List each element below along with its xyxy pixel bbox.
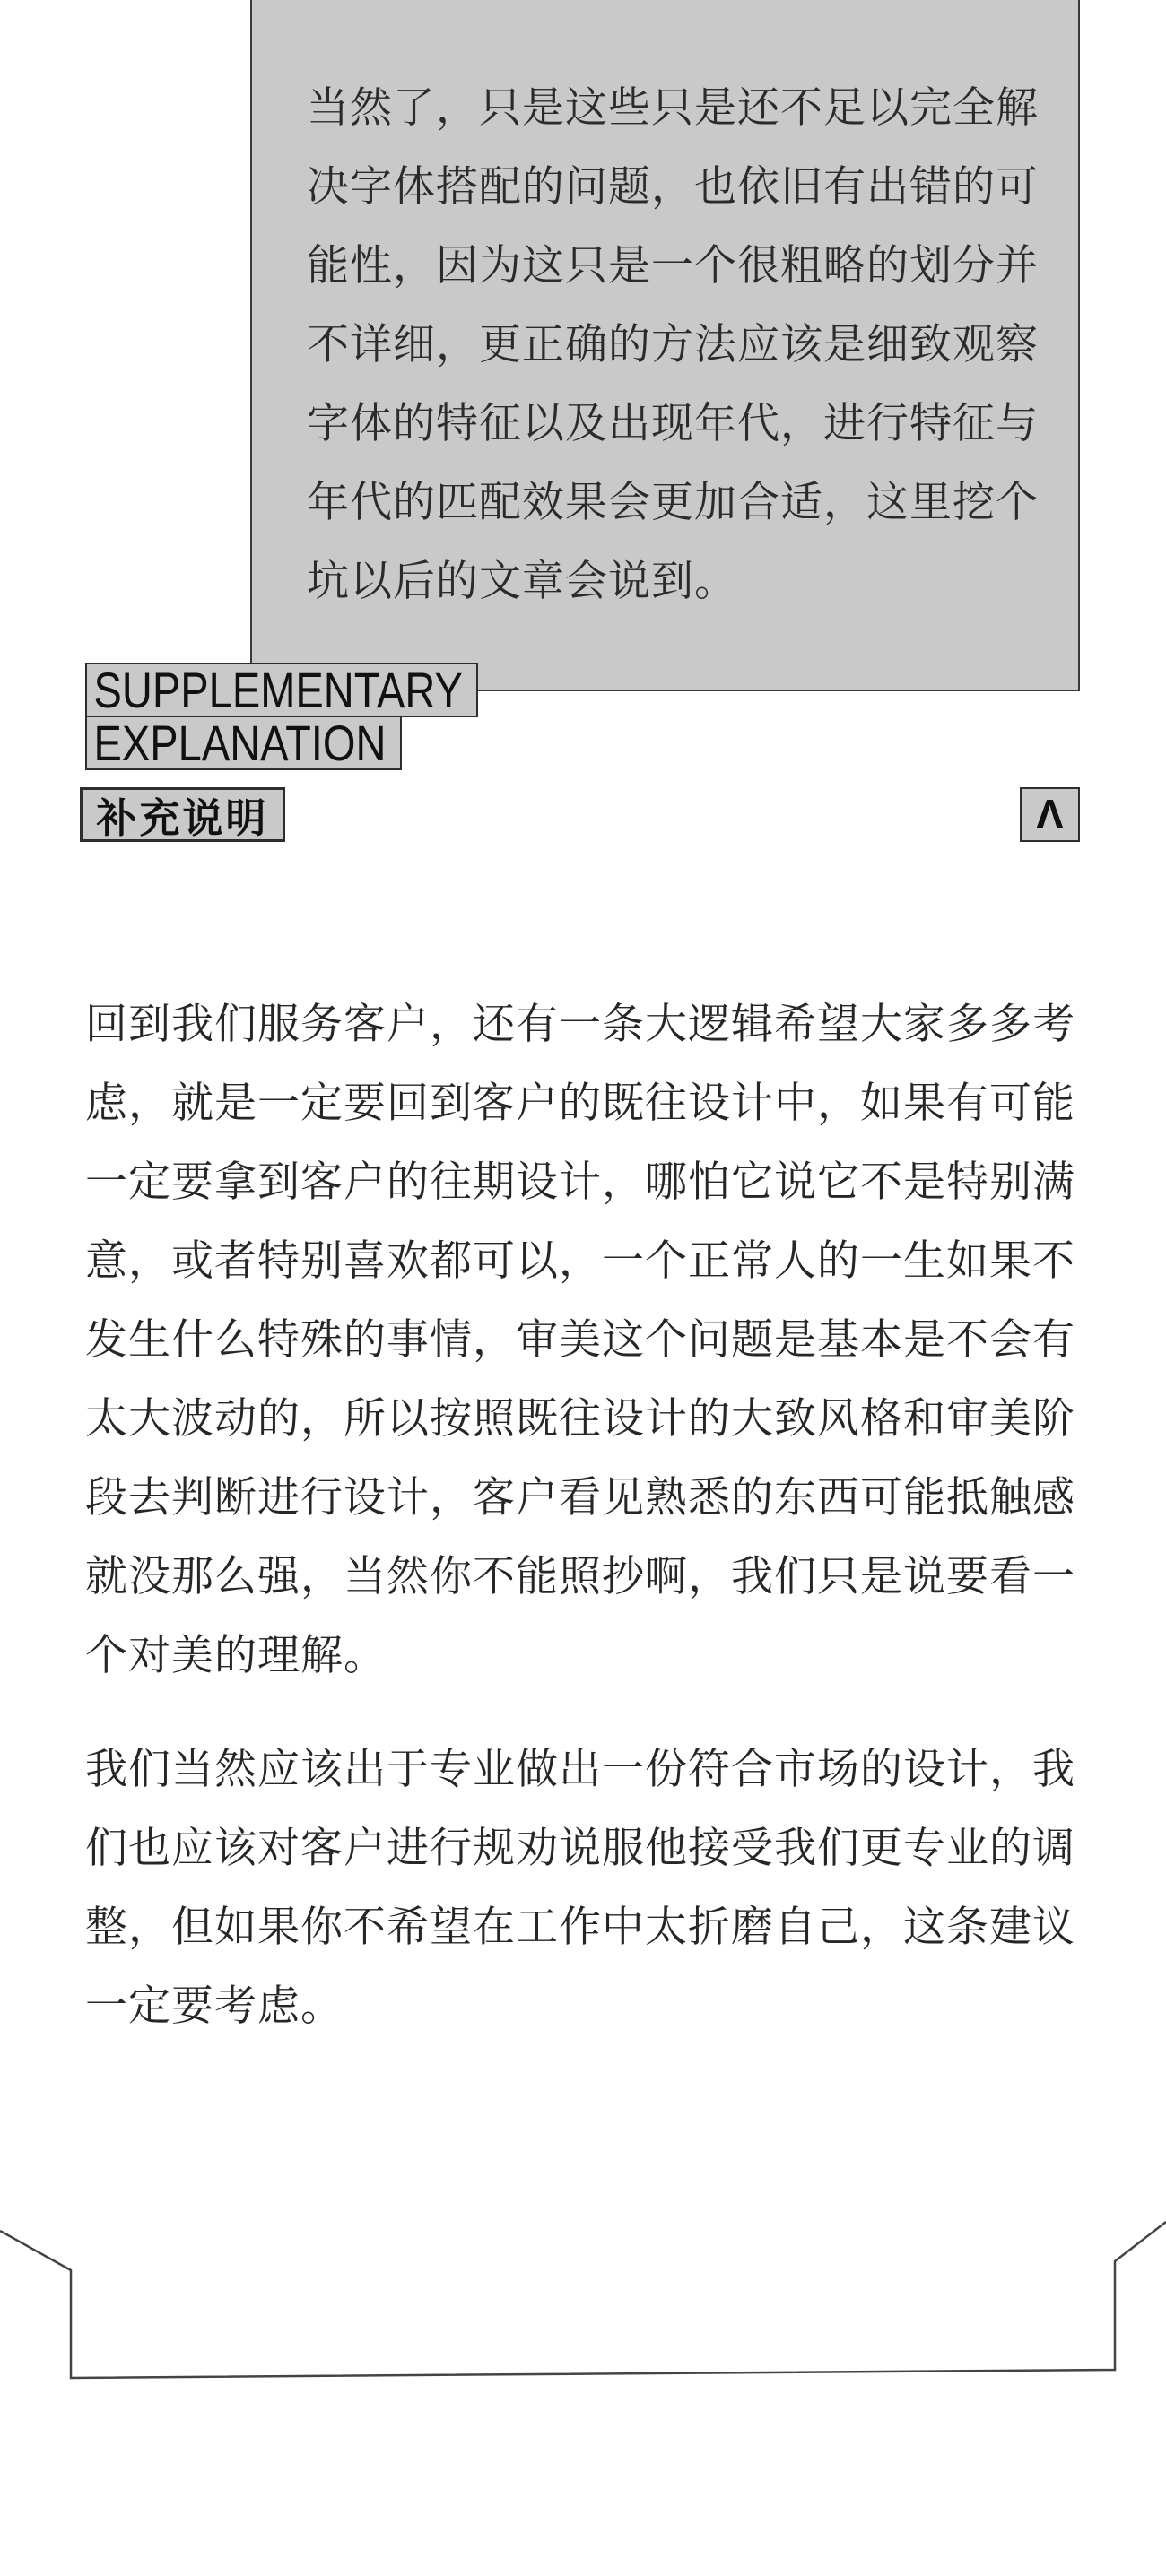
section-title-zh-box: 补充说明 <box>80 787 285 842</box>
article-page: 当然了，只是这些只是还不足以完全解 决字体搭配的问题，也依旧有出错的可 能性，因… <box>0 0 1166 2576</box>
body-paragraph-2: 我们当然应该出于专业做出一份符合市场的设计，我 们也应该对客户进行规劝说服他接受… <box>85 1730 1085 2045</box>
collapse-button[interactable]: Λ <box>1020 787 1080 842</box>
section-label-en-line1: SUPPLEMENTARY <box>87 663 463 717</box>
body-paragraph-1: 回到我们服务客户，还有一条大逻辑希望大家多多考 虑，就是一定要回到客户的既往设计… <box>85 984 1085 1695</box>
section-label-en-line2-box: EXPLANATION <box>85 716 402 770</box>
section-label-en-line2: EXPLANATION <box>87 716 386 770</box>
chevron-up-icon: Λ <box>1036 794 1064 835</box>
note-panel-text: 当然了，只是这些只是还不足以完全解 决字体搭配的问题，也依旧有出错的可 能性，因… <box>307 68 1047 620</box>
section-label-en-line1-box: SUPPLEMENTARY <box>85 663 478 717</box>
open-box-outline-path <box>0 2222 1166 2378</box>
section-title-zh: 补充说明 <box>96 785 268 844</box>
note-panel: 当然了，只是这些只是还不足以完全解 决字体搭配的问题，也依旧有出错的可 能性，因… <box>250 0 1080 691</box>
